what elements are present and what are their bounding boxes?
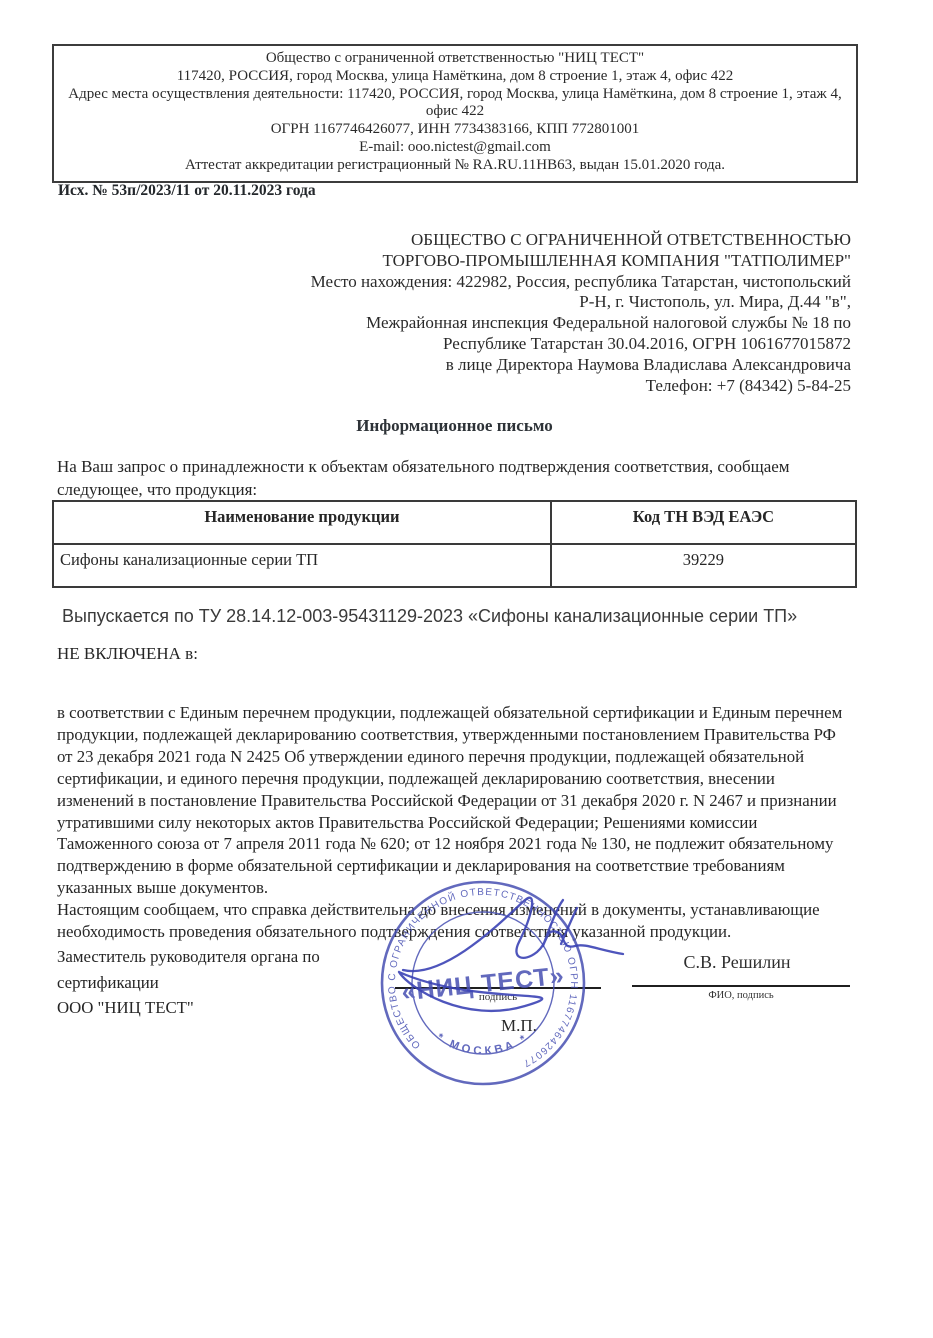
column-header-tnved-code: Код ТН ВЭД ЕАЭС	[551, 501, 856, 544]
signatory-name: С.В. Решилин	[622, 952, 852, 973]
recipient-line: ТОРГОВО-ПРОМЫШЛЕННАЯ КОМПАНИЯ "ТАТПОЛИМЕ…	[311, 251, 851, 272]
recipient-line: Межрайонная инспекция Федеральной налого…	[311, 313, 851, 334]
recipient-line: в лице Директора Наумова Владислава Алек…	[311, 355, 851, 376]
cell-tnved-code: 39229	[551, 544, 856, 587]
letterhead-line: ОГРН 1167746426077, ИНН 7734383166, КПП …	[64, 121, 846, 139]
handwritten-signature-icon	[385, 888, 635, 1023]
recipient-line: Место нахождения: 422982, Россия, респуб…	[311, 272, 851, 293]
name-signature-line	[632, 985, 850, 987]
signatory-org-line: ООО "НИЦ ТЕСТ"	[57, 995, 320, 1021]
ref-number: Исх. № 53п/2023/11 от 20.11.2023 года	[58, 182, 316, 200]
body-paragraph-1: в соответствии с Единым перечнем продукц…	[57, 702, 852, 899]
stamp-place-label: М.П.	[501, 1016, 537, 1036]
recipient-phone: Телефон: +7 (84342) 5-84-25	[311, 376, 851, 397]
tu-specification-line: Выпускается по ТУ 28.14.12-003-95431129-…	[62, 606, 862, 627]
recipient-line: ОБЩЕСТВО С ОГРАНИЧЕННОЙ ОТВЕТСТВЕННОСТЬЮ	[311, 230, 851, 251]
recipient-block: ОБЩЕСТВО С ОГРАНИЧЕННОЙ ОТВЕТСТВЕННОСТЬЮ…	[311, 230, 851, 396]
letterhead-email: E-mail: ooo.nictest@gmail.com	[64, 139, 846, 157]
signatory-title-line: Заместитель руководителя органа по	[57, 944, 320, 970]
column-header-product-name: Наименование продукции	[53, 501, 551, 544]
table-row: Сифоны канализационные серии ТП 39229	[53, 544, 856, 587]
intro-paragraph: На Ваш запрос о принадлежности к объекта…	[57, 455, 845, 501]
recipient-line: Республике Татарстан 30.04.2016, ОГРН 10…	[311, 334, 851, 355]
letterhead-accreditation: Аттестат аккредитации регистрационный № …	[64, 157, 846, 175]
letter-subject: Информационное письмо	[52, 416, 857, 436]
signature-svg	[385, 888, 635, 1023]
letterhead-line: Общество с ограниченной ответственностью…	[64, 50, 846, 68]
signatory-title-line: сертификации	[57, 970, 320, 996]
letterhead-line: Адрес места осуществления деятельности: …	[64, 86, 846, 122]
recipient-line: Р-Н, г. Чистополь, ул. Мира, Д.44 "в",	[311, 292, 851, 313]
not-included-line: НЕ ВКЛЮЧЕНА в:	[57, 644, 198, 664]
product-table: Наименование продукции Код ТН ВЭД ЕАЭС С…	[52, 500, 857, 588]
table-header-row: Наименование продукции Код ТН ВЭД ЕАЭС	[53, 501, 856, 544]
letterhead-box: Общество с ограниченной ответственностью…	[52, 44, 858, 183]
signatory-title-block: Заместитель руководителя органа по серти…	[57, 944, 320, 1021]
name-line-label: ФИО, подпись	[632, 990, 850, 1001]
letterhead-line: 117420, РОССИЯ, город Москва, улица Намё…	[64, 68, 846, 86]
scanned-letter-page: Общество с ограниченной ответственностью…	[0, 0, 933, 1338]
cell-product-name: Сифоны канализационные серии ТП	[53, 544, 551, 587]
